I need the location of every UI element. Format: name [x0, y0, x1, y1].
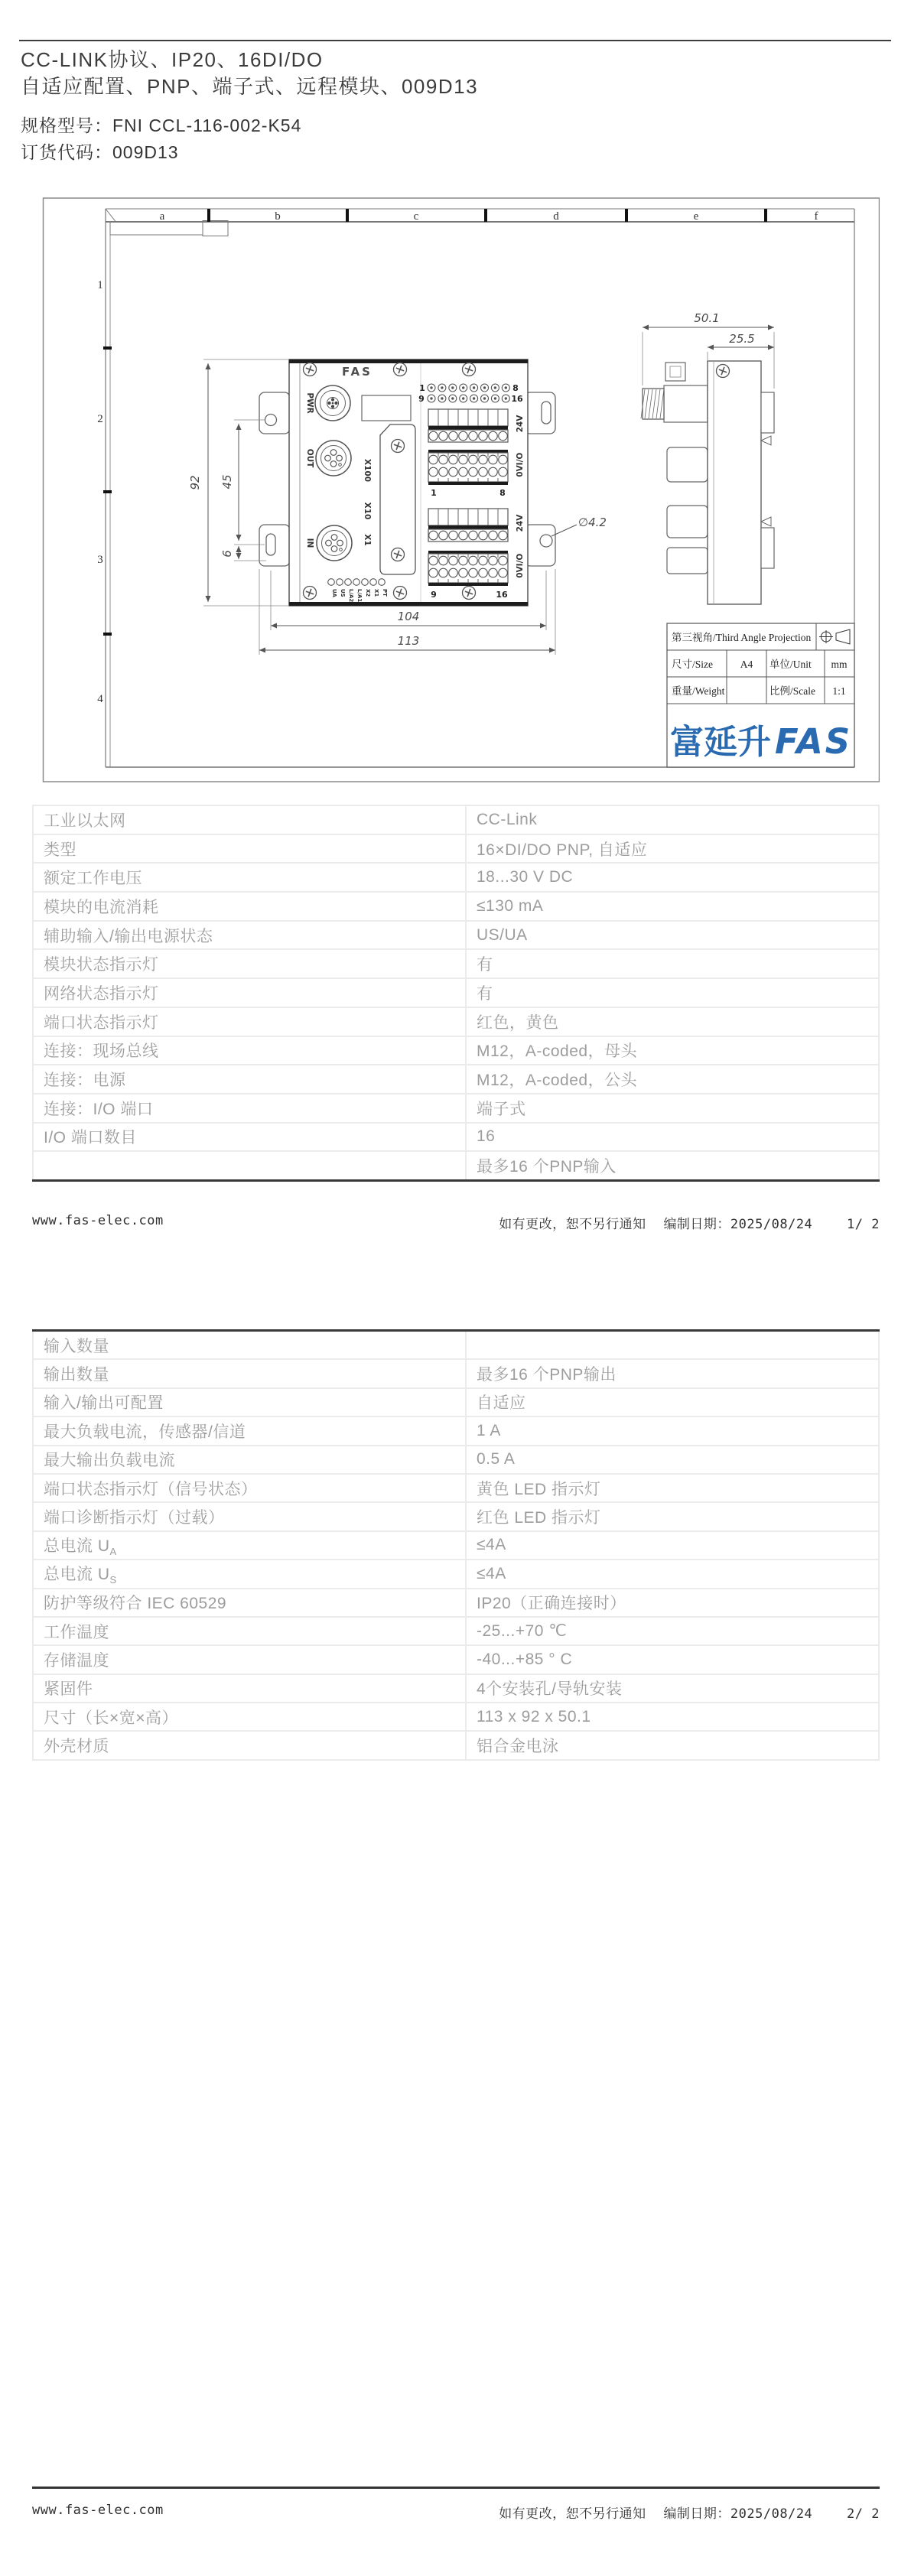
spec-label-cell: 连接：I/O 端口 [33, 1094, 466, 1123]
spec-label-cell: 连接：电源 [33, 1065, 466, 1094]
frame-col-e: e [694, 210, 699, 223]
spec-value-cell: -40...+85 ° C [466, 1645, 879, 1673]
spec-value-cell: ≤4A [466, 1531, 879, 1560]
unit-label: 单位/Unit [769, 659, 812, 670]
spec-value-cell: 铝合金电泳 [466, 1731, 879, 1759]
spec-row: 输入/输出可配置自适应 [33, 1388, 879, 1416]
status-led-x1-label: X1 [373, 589, 379, 597]
projection-label: 第三视角/Third Angle Projection [672, 632, 811, 643]
page1-footer: www.fas-elec.com 如有更改，恕不另行通知 编制日期：2025/0… [32, 1213, 880, 1232]
spec-row: 额定工作电压18...30 V DC [33, 863, 879, 892]
side-in-connector [667, 506, 708, 538]
spec-value-cell: 红色，黄色 [466, 1007, 879, 1036]
spec-value-cell: 0.5 A [466, 1446, 879, 1474]
spec-value-cell: 自适应 [466, 1388, 879, 1416]
spec-value-cell: IP20（正确连接时） [466, 1589, 879, 1617]
dim-hole-diameter: ∅4.2 [578, 516, 607, 529]
spec-row: 最大负载电流，传感器/信道1 A [33, 1416, 879, 1445]
dim-depth-overall: 50.1 [694, 311, 719, 325]
spec-value-cell: 黄色 LED 指示灯 [466, 1474, 879, 1502]
led-row2-end: 16 [511, 394, 523, 404]
page2-footer: www.fas-elec.com 如有更改，恕不另行通知 编制日期：2025/0… [32, 2503, 880, 2522]
spec-value-cell: 113 x 92 x 50.1 [466, 1703, 879, 1731]
spec-label-cell: 输入数量 [33, 1331, 466, 1360]
spec-label-cell: 模块状态指示灯 [33, 949, 466, 978]
status-led-la2-label: L/A2 [348, 589, 354, 602]
spec-value-cell: 有 [466, 978, 879, 1007]
dim-hole-offset: 6 [220, 550, 234, 558]
spec-row: 尺寸（长×宽×高）113 x 92 x 50.1 [33, 1703, 879, 1731]
din-clip-bottom [761, 528, 774, 568]
scale-label: 比例/Scale [769, 685, 815, 697]
terminal-24v-label-bottom: 24V [516, 514, 525, 532]
spec-label-cell: 紧固件 [33, 1674, 466, 1703]
spec-value-cell [466, 1331, 879, 1360]
spec-row: 输出数量最多16 个PNP输出 [33, 1359, 879, 1387]
spec-value-cell: ≤4A [466, 1560, 879, 1588]
terminal-number-8: 8 [499, 488, 506, 498]
footer-page-indicator: 1/ 2 [847, 1217, 880, 1232]
terminal-number-9: 9 [431, 590, 437, 600]
spec-row: 总电流 UA≤4A [33, 1531, 879, 1560]
spec-value-cell: 最多16 个PNP输出 [466, 1359, 879, 1387]
spec-row: I/O 端口数目16 [33, 1123, 879, 1152]
switch-x1-label: X1 [363, 534, 372, 545]
spec-table-page2: 输入数量输出数量最多16 个PNP输出输入/输出可配置自适应最大负载电流，传感器… [32, 1329, 880, 1761]
spec-table-page1: 工业以太网CC-Link类型16×DI/DO PNP, 自适应额定工作电压18.… [32, 805, 880, 1182]
footer-date: 编制日期：2025/08/24 [663, 1217, 812, 1232]
scale-value: 1:1 [832, 685, 845, 697]
title-block: 第三视角/Third Angle Projection 尺寸/Size A4 单… [667, 623, 854, 767]
footer-page-indicator: 2/ 2 [847, 2506, 880, 2522]
page-title-line1: CC-LINK协议、IP20、16DI/DO [21, 44, 324, 73]
status-led-pt-label: PT [382, 589, 388, 597]
spec-value-cell: 有 [466, 949, 879, 978]
module-side-view [641, 361, 774, 604]
spec-label-cell [33, 1151, 466, 1180]
spec-label-cell: 工业以太网 [33, 805, 466, 834]
out-port-label: OUT [305, 449, 314, 468]
footer-notice: 如有更改，恕不另行通知 [499, 2506, 646, 2522]
spec-value-cell: CC-Link [466, 805, 879, 834]
spec-row: 辅助输入/输出电源状态US/UA [33, 921, 879, 950]
size-label: 尺寸/Size [672, 658, 713, 670]
switch-x100-label: X100 [363, 459, 372, 482]
spec-row: 端口状态指示灯（信号状态）黄色 LED 指示灯 [33, 1474, 879, 1502]
led-row1-end: 8 [512, 383, 519, 393]
frame-col-b: b [275, 210, 281, 223]
module-bottom-bar [289, 602, 528, 606]
spec-label-cell: 总电流 UA [33, 1531, 466, 1560]
in-port-label: IN [305, 538, 314, 548]
spec-label-cell: 端口诊断指示灯（过载） [33, 1502, 466, 1530]
frame-row-1: 1 [97, 279, 103, 291]
spec-value-cell: US/UA [466, 921, 879, 950]
frame-col-a: a [160, 210, 165, 223]
dim-width-inner: 104 [398, 610, 420, 623]
frame-col-f: f [815, 210, 818, 223]
header-rule [19, 40, 891, 41]
order-code: 订货代码：009D13 [21, 138, 179, 164]
spec-row: 连接：现场总线M12，A-coded，母头 [33, 1036, 879, 1065]
page-title-line2: 自适应配置、PNP、端子式、远程模块、009D13 [21, 71, 478, 99]
spec-label-cell: 端口状态指示灯（信号状态） [33, 1474, 466, 1502]
terminal-number-1: 1 [431, 488, 437, 498]
spec-label-cell: 最大输出负载电流 [33, 1446, 466, 1474]
spec-value-cell: 最多16 个PNP输入 [466, 1151, 879, 1180]
terminal-0v-label-top: 0V [516, 464, 525, 476]
footer-website[interactable]: www.fas-elec.com [32, 1213, 164, 1232]
datasheet-page: { "header": { "title_line1": "CC-LINK协议、… [0, 0, 911, 2576]
spec-row: 输入数量 [33, 1331, 879, 1360]
pwr-port-label: PWR [305, 392, 314, 413]
footer-website[interactable]: www.fas-elec.com [32, 2503, 164, 2522]
spec-row: 工业以太网CC-Link [33, 805, 879, 834]
technical-drawing: a b c d e f 1 2 3 4 FAS PWR O [31, 197, 880, 785]
frame-row-3: 3 [97, 554, 103, 566]
spec-value-cell: 端子式 [466, 1094, 879, 1123]
spec-label-cell: 输出数量 [33, 1359, 466, 1387]
terminal-io-label-bottom: I/O [516, 554, 525, 567]
frame-row-2: 2 [97, 413, 103, 425]
footer-notice: 如有更改，恕不另行通知 [499, 1217, 646, 1232]
spec-label-cell: 尺寸（长×宽×高） [33, 1703, 466, 1731]
status-led-x2-label: X2 [365, 589, 371, 597]
spec-label-cell: 总电流 US [33, 1560, 466, 1588]
spec-row: 模块的电流消耗≤130 mA [33, 892, 879, 921]
spec-value-cell: 红色 LED 指示灯 [466, 1502, 879, 1530]
spec-value-cell: 18...30 V DC [466, 863, 879, 892]
dim-depth-front: 25.5 [729, 332, 754, 346]
terminal-0v-label-bottom: 0V [516, 565, 525, 577]
din-clip-top [761, 392, 774, 433]
spec-value-cell: -25...+70 ℃ [466, 1617, 879, 1645]
spec-row: 最多16 个PNP输入 [33, 1151, 879, 1180]
led-row2-start: 9 [418, 394, 425, 404]
spec-row: 模块状态指示灯有 [33, 949, 879, 978]
spec-label-cell: 额定工作电压 [33, 863, 466, 892]
terminal-number-16: 16 [496, 590, 508, 600]
spec-value-cell: ≤130 mA [466, 892, 879, 921]
frame-col-d: d [553, 210, 559, 223]
module-front-view: FAS PWR OUT IN X100 X10 X1 1 8 9 16 24V … [259, 359, 555, 606]
spec-row: 端口诊断指示灯（过载）红色 LED 指示灯 [33, 1502, 879, 1530]
spec-value-cell: M12，A-coded，母头 [466, 1036, 879, 1065]
size-value: A4 [740, 659, 753, 670]
spec-value-cell: 4个安装孔/导轨安装 [466, 1674, 879, 1703]
status-led-la1-label: L/A1 [356, 589, 363, 602]
footer-date: 编制日期：2025/08/24 [663, 2506, 812, 2522]
spec-label-cell: 模块的电流消耗 [33, 892, 466, 921]
technical-drawing-sheet: a b c d e f 1 2 3 4 FAS PWR O [31, 197, 880, 789]
spec-value-cell: 16×DI/DO PNP, 自适应 [466, 834, 879, 864]
spec-value-cell: M12，A-coded，公头 [466, 1065, 879, 1094]
spec-row: 最大输出负载电流0.5 A [33, 1446, 879, 1474]
spec-label-cell: 类型 [33, 834, 466, 864]
dim-hole-pitch: 45 [220, 474, 234, 489]
brand-logo-module: FAS [342, 365, 373, 379]
dim-width-overall: 113 [398, 634, 420, 648]
spec-row: 连接：I/O 端口端子式 [33, 1094, 879, 1123]
dim-height: 92 [188, 475, 202, 490]
terminal-24v-label-top: 24V [516, 415, 525, 433]
spec-row: 端口状态指示灯红色，黄色 [33, 1007, 879, 1036]
spec-row: 紧固件4个安装孔/导轨安装 [33, 1674, 879, 1703]
spec-label-cell: 防护等级符合 IEC 60529 [33, 1589, 466, 1617]
spec-label-cell: 端口状态指示灯 [33, 1007, 466, 1036]
spec-label-cell: 网络状态指示灯 [33, 978, 466, 1007]
spec-row: 总电流 US≤4A [33, 1560, 879, 1588]
status-led-us-label: US [340, 589, 346, 597]
model-number: 规格型号：FNI CCL-116-002-K54 [21, 112, 301, 137]
side-terminal-wedge [667, 548, 708, 574]
spec-label-cell: 输入/输出可配置 [33, 1388, 466, 1416]
spec-label-cell: 外壳材质 [33, 1731, 466, 1759]
terminal-io-label-top: I/O [516, 453, 525, 466]
brand-logo-latin: FAS [775, 721, 852, 762]
page2-footer-rule [32, 2487, 880, 2489]
spec-row: 防护等级符合 IEC 60529IP20（正确连接时） [33, 1589, 879, 1617]
spec-label-cell: 连接：现场总线 [33, 1036, 466, 1065]
spec-value-cell: 16 [466, 1123, 879, 1152]
spec-label-cell: 存储温度 [33, 1645, 466, 1673]
weight-label: 重量/Weight [672, 685, 725, 697]
unit-value: mm [831, 659, 848, 670]
spec-row: 外壳材质铝合金电泳 [33, 1731, 879, 1759]
frame-row-4: 4 [97, 693, 103, 705]
side-out-connector [667, 447, 708, 482]
switch-x10-label: X10 [363, 503, 372, 520]
spec-label-cell: 工作温度 [33, 1617, 466, 1645]
led-row1-start: 1 [419, 383, 425, 393]
spec-row: 网络状态指示灯有 [33, 978, 879, 1007]
status-led-ua-label: UA [331, 589, 337, 597]
spec-label-cell: 最大负载电流，传感器/信道 [33, 1416, 466, 1445]
module-top-bar [289, 359, 528, 363]
spec-row: 类型16×DI/DO PNP, 自适应 [33, 834, 879, 864]
spec-row: 存储温度-40...+85 ° C [33, 1645, 879, 1673]
spec-row: 连接：电源M12，A-coded，公头 [33, 1065, 879, 1094]
frame-col-c: c [414, 210, 419, 223]
brand-logo-chinese: 富延升 [670, 723, 771, 762]
side-body [708, 361, 761, 604]
spec-value-cell: 1 A [466, 1416, 879, 1445]
spec-row: 工作温度-25...+70 ℃ [33, 1617, 879, 1645]
spec-label-cell: I/O 端口数目 [33, 1123, 466, 1152]
spec-label-cell: 辅助输入/输出电源状态 [33, 921, 466, 950]
